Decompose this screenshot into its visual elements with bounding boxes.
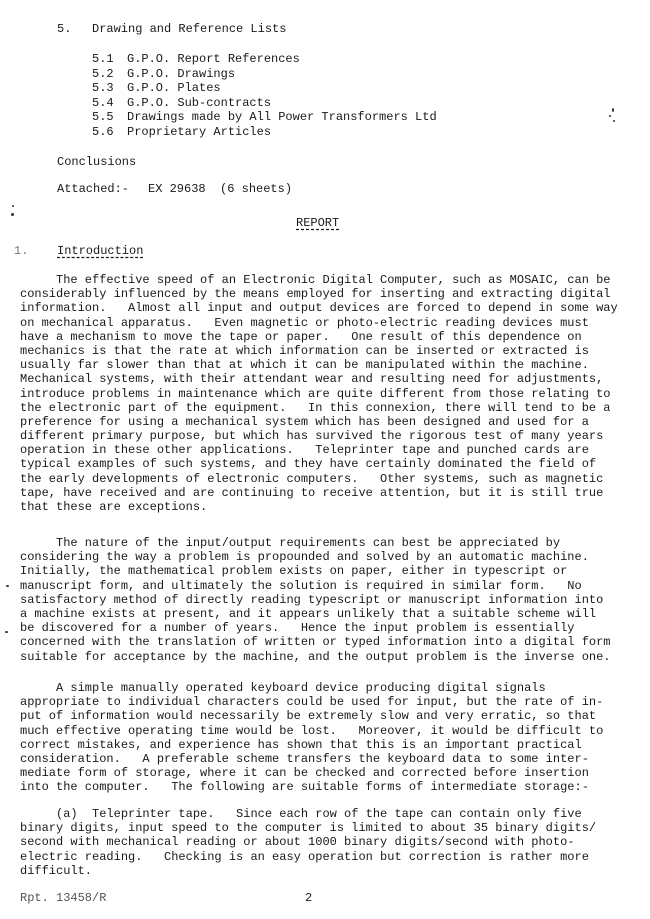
- contents-item-number: 5.6: [92, 125, 114, 139]
- text-line: second with mechanical reading or about …: [20, 835, 650, 849]
- report-heading: REPORT: [296, 216, 339, 230]
- text-line: binary digits, input speed to the comput…: [20, 821, 650, 835]
- scan-mark: [612, 108, 614, 112]
- text-line: manuscript form, and ultimately the solu…: [20, 579, 650, 593]
- text-line: be discovered for a number of years. Hen…: [20, 621, 650, 635]
- page-number: 2: [305, 891, 312, 905]
- text-line: operation in these other applications. T…: [20, 443, 650, 457]
- text-line: Mechanical systems, with their attendant…: [20, 372, 650, 386]
- text-line: the electronic part of the equipment. In…: [20, 401, 650, 415]
- contents-item-title: Drawings made by All Power Transformers …: [127, 110, 437, 124]
- contents-item-number: 5.1: [92, 52, 114, 66]
- contents-item-number: 5.4: [92, 96, 114, 110]
- text-line: a machine exists at present, and it appe…: [20, 607, 650, 621]
- text-line: have a mechanism to move the tape or pap…: [20, 330, 650, 344]
- text-line: consideration. A preferable scheme trans…: [20, 752, 650, 766]
- scan-mark: [6, 585, 9, 587]
- attached-label: Attached:-: [57, 182, 129, 196]
- introduction-heading: Introduction: [57, 244, 143, 258]
- section-1-number: 1.: [14, 244, 28, 258]
- scan-mark: [5, 631, 8, 633]
- contents-item-number: 5.3: [92, 81, 114, 95]
- text-line: usually far slower than that at which it…: [20, 358, 650, 372]
- text-line: appropriate to individual characters cou…: [20, 695, 650, 709]
- section-number: 5.: [57, 22, 71, 36]
- text-line: on mechanical apparatus. Even magnetic o…: [20, 316, 650, 330]
- contents-item-title: Proprietary Articles: [127, 125, 271, 139]
- text-line: the early developments of electronic com…: [20, 472, 650, 486]
- text-line: The effective speed of an Electronic Dig…: [20, 273, 650, 287]
- contents-item-title: G.P.O. Plates: [127, 81, 221, 95]
- text-line: considerably influenced by the means emp…: [20, 287, 650, 301]
- text-line: typical examples of such systems, and th…: [20, 457, 650, 471]
- paragraph-2: The nature of the input/output requireme…: [20, 536, 650, 664]
- text-line: A simple manually operated keyboard devi…: [20, 681, 650, 695]
- paragraph-4-teleprinter-tape: (a) Teleprinter tape. Since each row of …: [20, 807, 650, 878]
- text-line: satisfactory method of directly reading …: [20, 593, 650, 607]
- text-line: electric reading. Checking is an easy op…: [20, 850, 650, 864]
- contents-item-title: G.P.O. Sub-contracts: [127, 96, 271, 110]
- text-line: Initially, the mathematical problem exis…: [20, 564, 650, 578]
- section-title: Drawing and Reference Lists: [92, 22, 286, 36]
- footer-reference: Rpt. 13458/R: [20, 891, 106, 905]
- text-line: difficult.: [20, 864, 650, 878]
- text-line: The nature of the input/output requireme…: [20, 536, 650, 550]
- text-line: preference for using a mechanical system…: [20, 415, 650, 429]
- text-line: that these are exceptions.: [20, 500, 650, 514]
- scan-mark: [613, 120, 615, 122]
- text-line: tape, have received and are continuing t…: [20, 486, 650, 500]
- contents-item-number: 5.2: [92, 67, 114, 81]
- text-line: mechanics is that the rate at which info…: [20, 344, 650, 358]
- paragraph-3: A simple manually operated keyboard devi…: [20, 681, 650, 795]
- contents-item-number: 5.5: [92, 110, 114, 124]
- scan-mark: [12, 205, 14, 207]
- text-line: introduce problems in maintenance which …: [20, 387, 650, 401]
- scan-mark: [609, 115, 611, 117]
- contents-item-title: G.P.O. Report References: [127, 52, 300, 66]
- paragraph-1: The effective speed of an Electronic Dig…: [20, 273, 650, 514]
- scan-mark: [11, 213, 14, 216]
- text-line: concerned with the translation of writte…: [20, 635, 650, 649]
- conclusions-heading: Conclusions: [57, 155, 136, 169]
- text-line: into the computer. The following are sui…: [20, 780, 650, 794]
- text-line: information. Almost all input and output…: [20, 301, 650, 315]
- text-line: considering the way a problem is propoun…: [20, 550, 650, 564]
- text-line: correct mistakes, and experience has sho…: [20, 738, 650, 752]
- text-line: different primary purpose, but which has…: [20, 429, 650, 443]
- contents-item-title: G.P.O. Drawings: [127, 67, 235, 81]
- attached-value: EX 29638 (6 sheets): [148, 182, 292, 196]
- text-line: much effective operating time would be l…: [20, 724, 650, 738]
- text-line: suitable for acceptance by the machine, …: [20, 650, 650, 664]
- text-line: put of information would necessarily be …: [20, 709, 650, 723]
- text-line: mediate form of storage, where it can be…: [20, 766, 650, 780]
- text-line: (a) Teleprinter tape. Since each row of …: [20, 807, 650, 821]
